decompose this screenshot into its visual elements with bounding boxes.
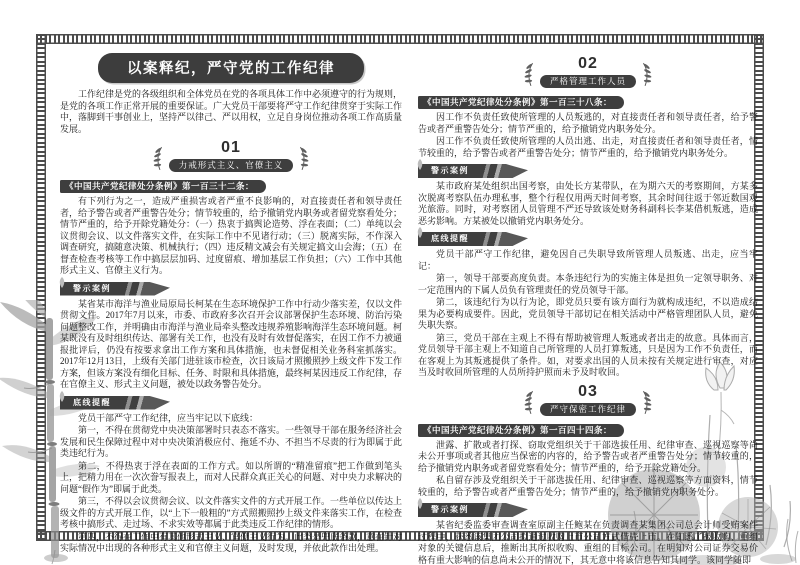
regulation-reference: 《中国共产党纪律处分条例》第一百三十二条： (60, 180, 266, 193)
case-tag: 警示案例 (60, 282, 170, 296)
reminder-lead: 党员干部严守工作纪律，避免因自己失职导致所管理人员叛逃、出走，应当牢记： (418, 249, 758, 272)
case-tag-label: 警示案例 (73, 282, 111, 296)
section-01-title-block: 01 力戒形式主义、官僚主义 (169, 140, 294, 173)
case-tag-label: 警示案例 (431, 164, 469, 178)
reminder-lead: 党员干部严守工作纪律，应当牢记以下底线： (60, 413, 402, 425)
intro-paragraph: 工作纪律是党的各级组织和全体党员在党的各项具体工作中必须遵守的行为规则，是党的各… (60, 89, 402, 135)
laurel-right-icon (298, 145, 311, 172)
page-title: 以案释纪，严守党的工作纪律 (98, 53, 364, 83)
laurel-left-icon (151, 145, 164, 172)
section-01-header: 01 力戒形式主义、官僚主义 (60, 140, 402, 173)
regulation-text: 因工作不负责任致使所管理的人员叛逃的，对直接责任者和领导责任者，给予警告或者严重… (418, 112, 758, 135)
section-03-title-block: 03 严守保密工作纪律 (540, 384, 636, 417)
regulation-text: 有下列行为之一，造成严重损害或者严重不良影响的，对直接责任者和领导责任者，给予警… (60, 196, 402, 277)
meander-border-top (36, 34, 764, 44)
reminder-tag-label: 底线提醒 (73, 396, 111, 410)
reminder-item: 第二，不得热衷于浮在表面的工作方式。如以所谓的“精准留痕”把工作做到笔头上，把精… (60, 461, 402, 496)
laurel-left-icon (522, 61, 535, 88)
case-paragraph: 某省某市海洋与渔业局原局长柯某在生态环境保护工作中行动少落实差，仅以文件贯彻文件… (60, 299, 402, 391)
reminder-item: 第三，党员干部在主观上不得有帮助被管理人叛逃或者出走的故意。具体而言，党员领导干… (418, 333, 758, 379)
reminder-item: 第四，不得在工作中有其他形式主义、官僚主义行为。此类是兜底条款，意在针对实际情况… (60, 532, 402, 555)
section-02-header: 02 严格管理工作人员 (418, 56, 758, 89)
regulation-reference: 《中国共产党纪律处分条例》第一百三十八条： (418, 96, 624, 109)
reminder-item: 第一，领导干部要高度负责。本条违纪行为的实施主体是担负一定领导职务、对一定范围内… (418, 273, 758, 296)
section-03-number: 03 (540, 384, 636, 399)
section-02-title: 严格管理工作人员 (540, 75, 636, 88)
leaf-icon (57, 277, 67, 289)
meander-border-left (36, 34, 46, 541)
leaf-icon (415, 159, 425, 171)
reminder-item: 第二，该违纪行为以行为论，即党员只要有该方面行为就构成违纪，不以造成结果为必要构… (418, 297, 758, 332)
reminder-item: 第一，不得在贯彻党中央决策部署时只表态不落实。一些领导干部在服务经济社会发展和民… (60, 425, 402, 460)
leaf-icon (57, 391, 67, 403)
left-column: 以案释纪，严守党的工作纪律 工作纪律是党的各级组织和全体党员在党的各项具体工作中… (60, 51, 402, 555)
section-02-number: 02 (540, 56, 636, 71)
section-01-title: 力戒形式主义、官僚主义 (169, 159, 294, 172)
case-tag-label: 警示案例 (431, 503, 469, 517)
section-02-title-block: 02 严格管理工作人员 (540, 56, 636, 89)
right-column: 02 严格管理工作人员 《中国共产党纪律处分条例》第一百三十八条： 因工作不负责… (418, 51, 758, 565)
reminder-tag-label: 底线提醒 (431, 232, 469, 246)
regulation-text: 因工作不负责任致使所管理的人员出逃、出走，对直接责任者和领导责任者，情节较重的，… (418, 136, 758, 159)
reminder-tag: 底线提醒 (60, 396, 170, 410)
regulation-text: 私自留存涉及党组织关于干部选拔任用、纪律审查、巡视巡察等方面资料，情节较重的，给… (418, 475, 758, 498)
case-paragraph: 某市政府某处组织出国考察，由处长方某带队，在为期六天的考察期间，方某多次脱离考察… (418, 181, 758, 227)
case-tag: 警示案例 (418, 164, 528, 178)
section-03-title: 严守保密工作纪律 (540, 403, 636, 416)
section-03-header: 03 严守保密工作纪律 (418, 384, 758, 417)
poster-page: 以案释纪，严守党的工作纪律 工作纪律是党的各级组织和全体党员在党的各项具体工作中… (0, 0, 800, 565)
case-paragraph: 某省纪委监委审查调查室原副主任鲍某在负责调查某集团公司总会计师受贿案件过程中，获… (418, 520, 758, 565)
reminder-item: 第三，不得以会议贯彻会议、以文件落实文件的方式开展工作。一些单位以传达上级文件的… (60, 496, 402, 531)
leaf-icon (415, 227, 425, 239)
laurel-right-icon (641, 389, 654, 416)
leaf-icon (415, 498, 425, 510)
section-01-number: 01 (169, 140, 294, 155)
reminder-tag: 底线提醒 (418, 232, 528, 246)
regulation-text: 泄露、扩散或者打探、窃取党组织关于干部选拔任用、纪律审查、巡视巡察等尚未公开事项… (418, 440, 758, 475)
regulation-reference: 《中国共产党纪律处分条例》第一百四十四条： (418, 424, 624, 437)
case-tag: 警示案例 (418, 503, 528, 517)
laurel-left-icon (522, 389, 535, 416)
laurel-right-icon (641, 61, 654, 88)
